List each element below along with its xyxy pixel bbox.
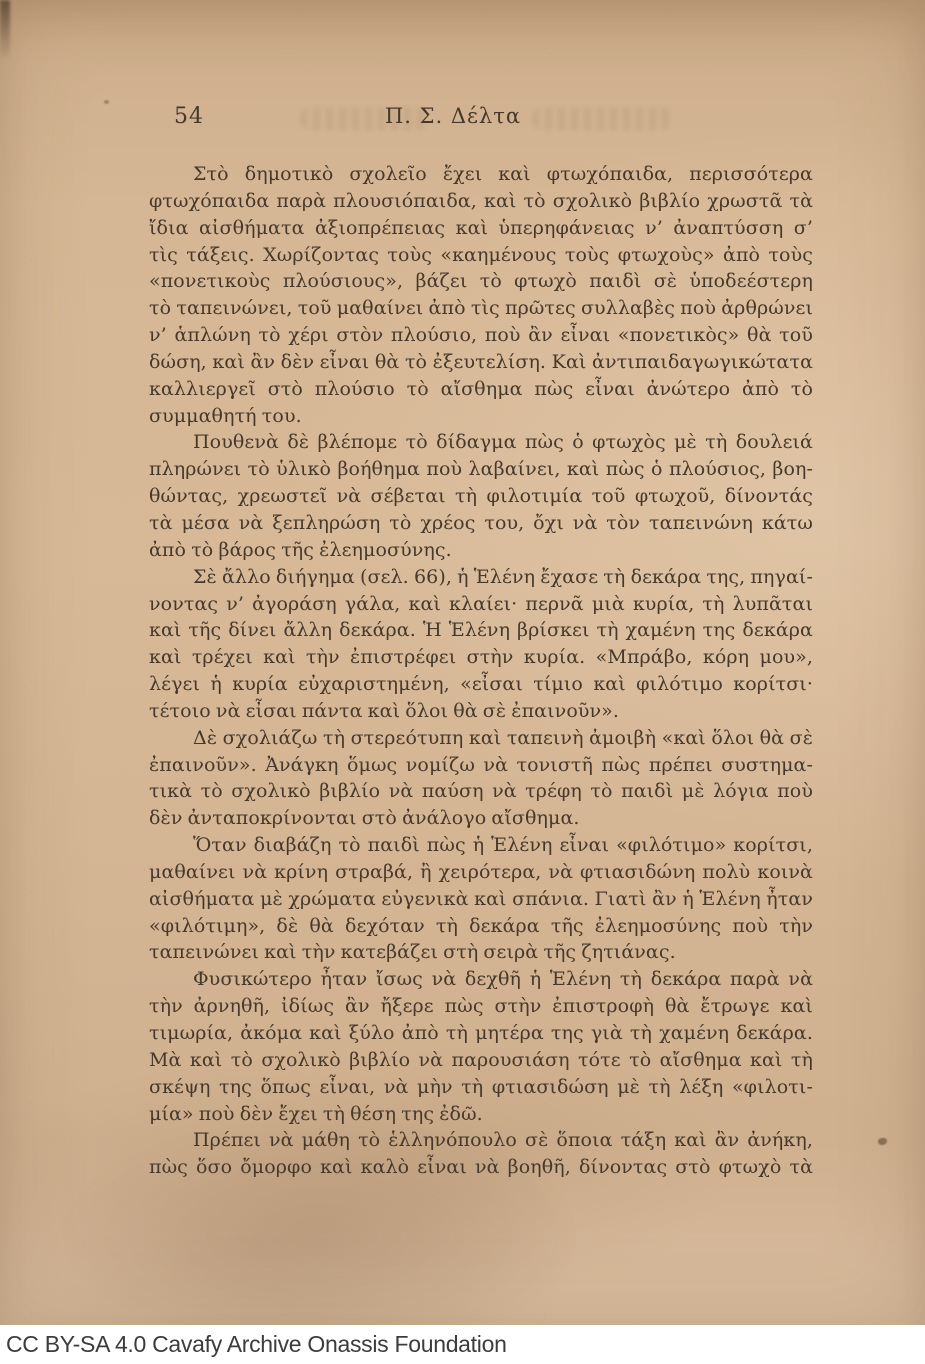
text-line: πληρώνει τὸ ὑλικὸ βοήθημα ποὺ λαβαίνει, …	[149, 456, 813, 483]
text-line: αἰσθήματα μὲ χρώματα εὐγενικὰ καὶ σπάνια…	[149, 886, 813, 913]
text-line: δώση, καὶ ἂν δὲν εἶναι θὰ τὸ ἐξευτελίση.…	[149, 349, 813, 376]
text-line: τὸ ταπεινώνει, τοῦ μαθαίνει ἀπὸ τὶς πρῶτ…	[149, 295, 813, 322]
body-text: Στὸ δημοτικὸ σχολεῖο ἔχει καὶ φτωχόπαιδα…	[149, 161, 813, 1181]
text-line: νοντας ν’ ἀγοράση γάλα, καὶ κλαίει· περν…	[149, 591, 813, 618]
book-page-scan: 54 Π. Σ. Δέλτα Στὸ δημοτικὸ σχολεῖο ἔχει…	[0, 0, 925, 1325]
text-line: ἀπὸ τὸ βάρος τῆς ἐλεημοσύνης.	[149, 537, 813, 564]
text-line: ταπεινώνει καὶ τὴν κατεβάζει στὴ σειρὰ τ…	[149, 939, 813, 966]
text-line: τὶς τάξεις. Χωρίζοντας τοὺς «καημένους τ…	[149, 242, 813, 269]
text-line: συμμαθητή του.	[149, 403, 813, 430]
text-line: Σὲ ἄλλο διήγημα (σελ. 66), ἡ Ἑλένη ἔχασε…	[149, 564, 813, 591]
running-title: Π. Σ. Δέλτα	[121, 104, 785, 128]
text-line: καλλιεργεῖ στὸ πλούσιο τὸ αἴσθημα πὼς εἶ…	[149, 376, 813, 403]
text-line: Στὸ δημοτικὸ σχολεῖο ἔχει καὶ φτωχόπαιδα…	[149, 161, 813, 188]
text-line: Ὅταν διαβάζη τὸ παιδὶ πὼς ἡ Ἑλένη εἶναι …	[149, 832, 813, 859]
license-bar: CC BY-SA 4.0 Cavafy Archive Onassis Foun…	[0, 1325, 925, 1364]
text-line: ἴδια αἰσθήματα ἀξιοπρέπειας καὶ ὑπερηφάν…	[149, 215, 813, 242]
text-line: λέγει ἡ κυρία εὐχαριστημένη, «εἶσαι τίμι…	[149, 671, 813, 698]
paper-speck	[104, 100, 109, 104]
text-line: τιμωρία, ἀκόμα καὶ ξύλο ἀπὸ τὴ μητέρα τη…	[149, 1020, 813, 1047]
text-line: «πονετικοὺς πλούσιους», βάζει τὸ φτωχὸ π…	[149, 268, 813, 295]
text-line: δὲν ἀνταποκρίνονται στὸ ἀνάλογο αἴσθημα.	[149, 805, 813, 832]
text-line: Φυσικώτερο ἦταν ἴσως νὰ δεχθῆ ἡ Ἑλένη τὴ…	[149, 966, 813, 993]
text-line: σκέψη της ὅπως εἶναι, νὰ μὴν τὴ φτιασιδώ…	[149, 1074, 813, 1101]
text-line: τὴν ἀρνηθῆ, ἰδίως ἂν ἤξερε πὼς στὴν ἐπισ…	[149, 993, 813, 1020]
text-line: μία» ποὺ δὲν ἔχει τὴ θέση της ἐδῶ.	[149, 1101, 813, 1128]
text-line: Πουθενὰ δὲ βλέπομε τὸ δίδαγμα πὼς ὁ φτωχ…	[149, 429, 813, 456]
text-line: καὶ τρέχει καὶ τὴν ἐπιστρέφει στὴν κυρία…	[149, 644, 813, 671]
text-line: τικὰ τὸ σχολικὸ βιβλίο νὰ παύση νὰ τρέφη…	[149, 778, 813, 805]
scanned-page-viewer: 54 Π. Σ. Δέλτα Στὸ δημοτικὸ σχολεῖο ἔχει…	[0, 0, 925, 1364]
text-line: «φιλότιμη», δὲ θὰ δεχόταν τὴ δεκάρα τῆς …	[149, 913, 813, 940]
paper-speck	[878, 1138, 887, 1145]
text-line: θώντας, χρεωστεῖ νὰ σέβεται τὴ φιλοτιμία…	[149, 483, 813, 510]
text-line: Πρέπει νὰ μάθη τὸ ἑλληνόπουλο σὲ ὅποια τ…	[149, 1127, 813, 1154]
text-line: φτωχόπαιδα παρὰ πλουσιόπαιδα, καὶ τὸ σχο…	[149, 188, 813, 215]
text-line: μαθαίνει νὰ κρίνη στραβά, ἢ χειρότερα, ν…	[149, 859, 813, 886]
text-line: πὼς ὅσο ὄμορφο καὶ καλὸ εἶναι νὰ βοηθῆ, …	[149, 1154, 813, 1181]
text-line: ν’ ἁπλώνη τὸ χέρι στὸν πλούσιο, ποὺ ἂν ε…	[149, 322, 813, 349]
scan-edge-artifact	[0, 0, 10, 60]
text-line: καὶ τῆς δίνει ἄλλη δεκάρα. Ἡ Ἑλένη βρίσκ…	[149, 617, 813, 644]
text-line: ἐπαινοῦν». Ἀνάγκη ὅμως νομίζω νὰ τονιστῆ…	[149, 752, 813, 779]
license-text: CC BY-SA 4.0 Cavafy Archive Onassis Foun…	[0, 1331, 507, 1358]
text-line: Δὲ σχολιάζω τὴ στερεότυπη καὶ ταπεινὴ ἀμ…	[149, 725, 813, 752]
text-line: τὰ μέσα νὰ ξεπληρώση τὸ χρέος του, ὄχι ν…	[149, 510, 813, 537]
text-line: τέτοιο νὰ εἶσαι πάντα καὶ ὅλοι θὰ σὲ ἐπα…	[149, 698, 813, 725]
text-line: Μὰ καὶ τὸ σχολικὸ βιβλίο νὰ παρουσιάση τ…	[149, 1047, 813, 1074]
